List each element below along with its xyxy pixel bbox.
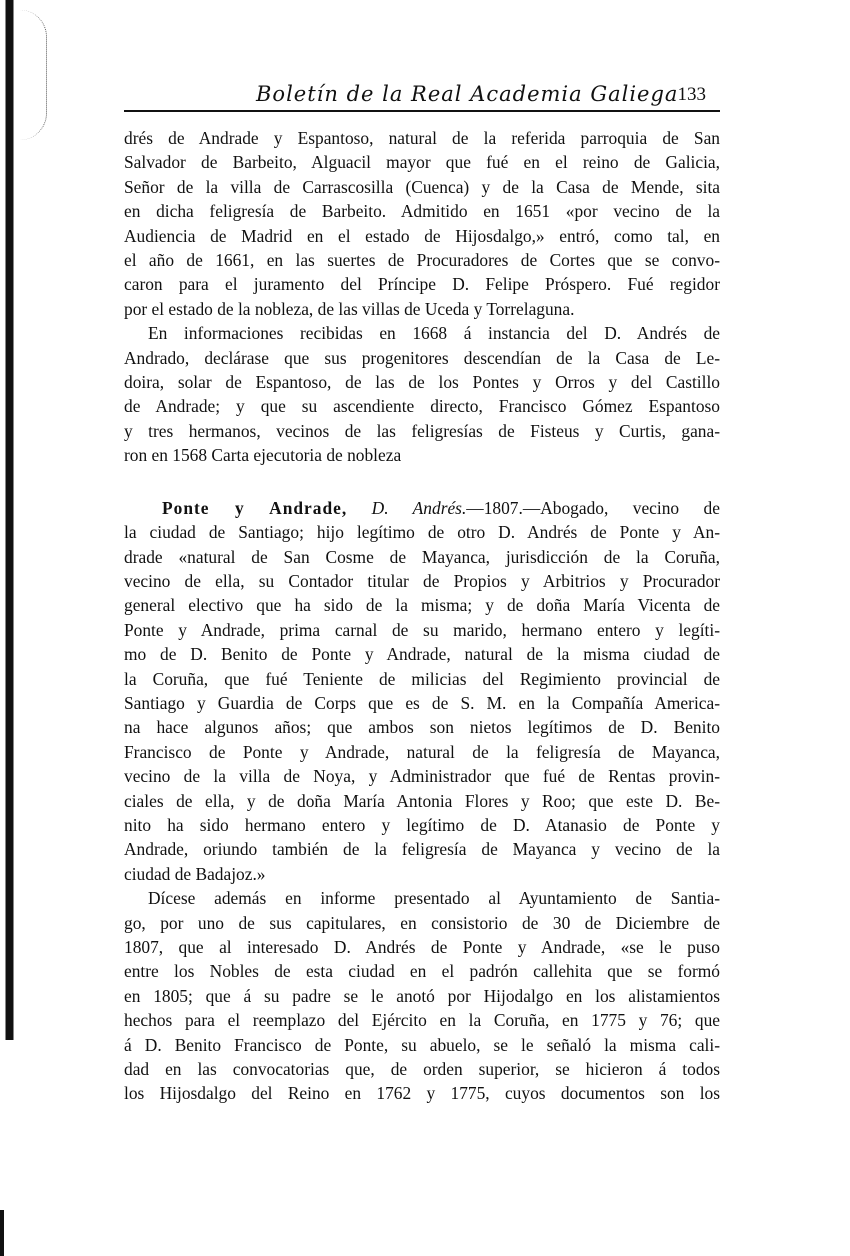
text-line: nito ha sido hermano entero y legítimo d… xyxy=(124,813,720,837)
text-line: Andrado, declárase que sus progenitores … xyxy=(124,346,720,370)
text-line: en dicha feligresía de Barbeito. Admitid… xyxy=(124,199,720,223)
text-line: 1807, que al interesado D. Andrés de Pon… xyxy=(124,935,720,959)
journal-title: Boletín de la Real Academia Galiega xyxy=(256,82,678,106)
text-line: el año de 1661, en las suertes de Procur… xyxy=(124,248,720,272)
page-curl-mark xyxy=(20,10,47,140)
text-line: general electivo que ha sido de la misma… xyxy=(124,593,720,617)
text-line: Andrade, oriundo también de la feligresí… xyxy=(124,837,720,861)
entry-name: Ponte y Andrade, xyxy=(162,498,347,518)
text-line: caron para el juramento del Príncipe D. … xyxy=(124,272,720,296)
paragraph: drés de Andrade y Espantoso, natural de … xyxy=(124,126,720,321)
page-number: 133 xyxy=(678,84,707,106)
entry-ponte-y-andrade: Ponte y Andrade, D. Andrés.—1807.—Abogad… xyxy=(124,496,720,887)
section-gap xyxy=(124,468,720,496)
text-line: ron en 1568 Carta ejecutoria de nobleza xyxy=(124,443,720,467)
text-line: Francisco de Ponte y Andrade, natural de… xyxy=(124,740,720,764)
paragraph: Dícese además en informe presentado al A… xyxy=(124,886,720,1106)
text-line: Ponte y Andrade, prima carnal de su mari… xyxy=(124,618,720,642)
text-line: dad en las convocatorias que, de orden s… xyxy=(124,1057,720,1081)
text-line: vecino de ella, su Contador titular de P… xyxy=(124,569,720,593)
text-line: hechos para el reemplazo del Ejército en… xyxy=(124,1008,720,1032)
text-line: Dícese además en informe presentado al A… xyxy=(124,886,720,910)
text-line: la Coruña, que fué Teniente de milicias … xyxy=(124,667,720,691)
text-line: ciales de ella, y de doña María Antonia … xyxy=(124,789,720,813)
running-header: Boletín de la Real Academia Galiega 133 xyxy=(124,78,720,112)
text-line: Audiencia de Madrid en el estado de Hijo… xyxy=(124,224,720,248)
page-body: drés de Andrade y Espantoso, natural de … xyxy=(124,126,720,1106)
text-line: doira, solar de Espantoso, de las de los… xyxy=(124,370,720,394)
text-line: go, por uno de sus capitulares, en consi… xyxy=(124,911,720,935)
text-line: mo de D. Benito de Ponte y Andrade, natu… xyxy=(124,642,720,666)
text-line: na hace algunos años; que ambos son niet… xyxy=(124,715,720,739)
text-line: ciudad de Badajoz.» xyxy=(124,862,720,886)
text-line: Salvador de Barbeito, Alguacil mayor que… xyxy=(124,150,720,174)
page-binding-edge-lower xyxy=(0,1210,4,1256)
text-line: en 1805; que á su padre se le anotó por … xyxy=(124,984,720,1008)
entry-title: D. Andrés. xyxy=(372,498,467,518)
page-binding-edge xyxy=(0,0,14,1040)
text-line: los Hijosdalgo del Reino en 1762 y 1775,… xyxy=(124,1081,720,1105)
text-line: y tres hermanos, vecinos de las feligres… xyxy=(124,419,720,443)
text-line: á D. Benito Francisco de Ponte, su abuel… xyxy=(124,1033,720,1057)
text-line: Señor de la villa de Carrascosilla (Cuen… xyxy=(124,175,720,199)
text-line: drés de Andrade y Espantoso, natural de … xyxy=(124,126,720,150)
text-line: la ciudad de Santiago; hijo legítimo de … xyxy=(124,520,720,544)
text-line: Santiago y Guardia de Corps que es de S.… xyxy=(124,691,720,715)
text-line: de Andrade; y que su ascendiente directo… xyxy=(124,394,720,418)
entry-first-line: Ponte y Andrade, D. Andrés.—1807.—Abogad… xyxy=(124,496,720,520)
text-line: vecino de la villa de Noya, y Administra… xyxy=(124,764,720,788)
text-line: En informaciones recibidas en 1668 á ins… xyxy=(124,321,720,345)
entry-date-profession: —1807.—Abogado, vecino de xyxy=(466,498,720,518)
text-line: entre los Nobles de esta ciudad en el pa… xyxy=(124,959,720,983)
text-line: drade «natural de San Cosme de Mayanca, … xyxy=(124,545,720,569)
text-line: por el estado de la nobleza, de las vill… xyxy=(124,297,720,321)
paragraph: En informaciones recibidas en 1668 á ins… xyxy=(124,321,720,467)
